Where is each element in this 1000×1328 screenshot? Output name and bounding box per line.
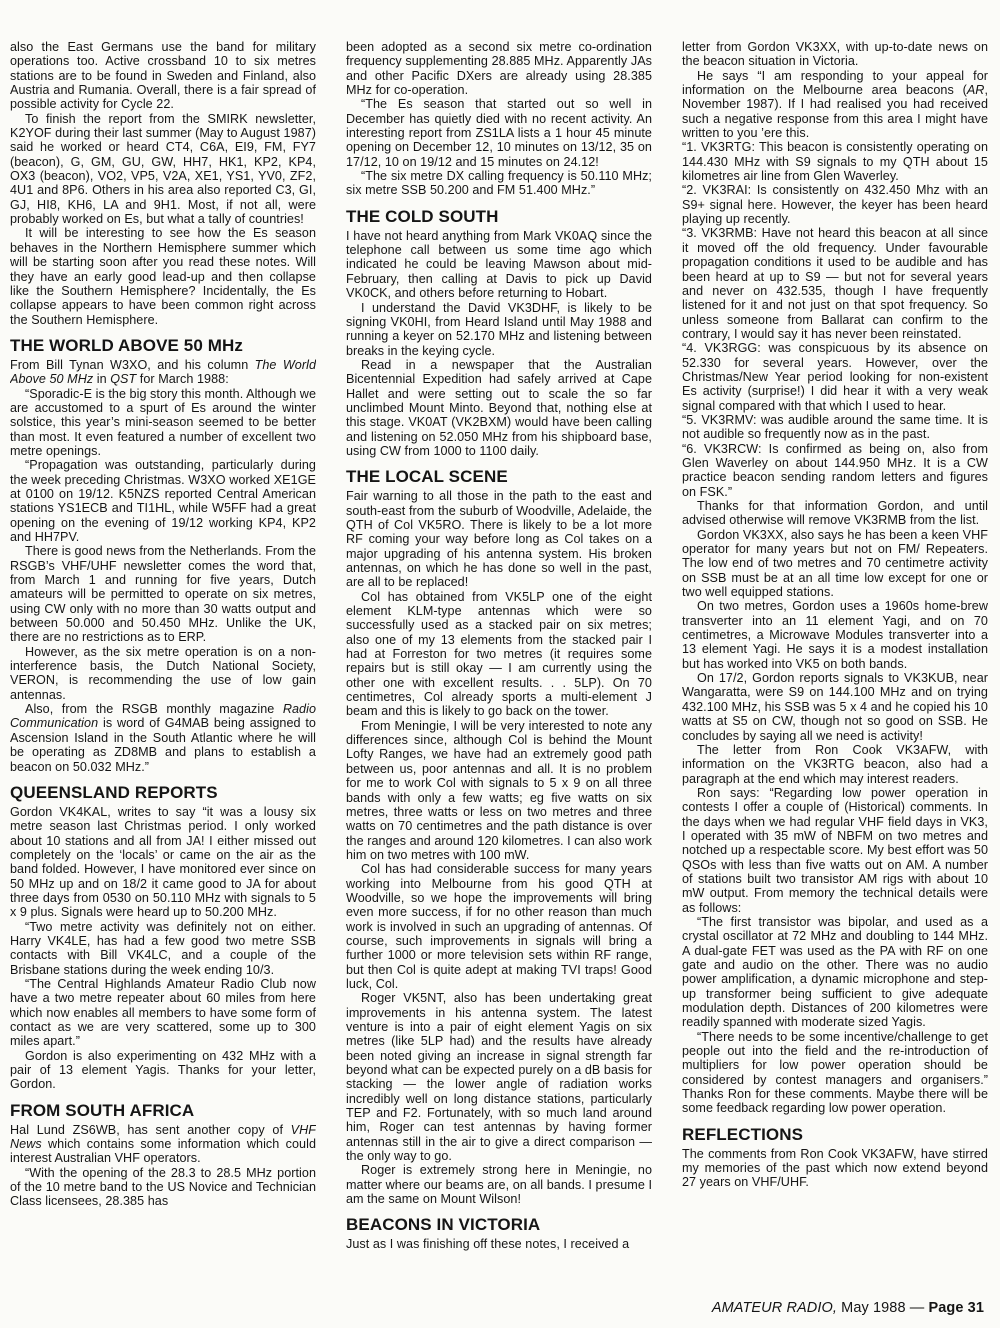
paragraph: However, as the six metre operation is o… [10, 645, 316, 702]
paragraph-text: Thanks for that information Gordon, and … [682, 499, 988, 527]
paragraph-text: “Sporadic-E is the big story this month.… [10, 387, 316, 458]
paragraph: Gordon VK3XX, also says he has been a ke… [682, 528, 988, 600]
paragraph: On two metres, Gordon uses a 1960s home-… [682, 599, 988, 671]
paragraph: “1. VK3RTG: This beacon is consistently … [682, 140, 988, 183]
paragraph-text: From Meningie, I will be very interested… [346, 719, 652, 862]
paragraph: I have not heard anything from Mark VK0A… [346, 229, 652, 301]
column-3: letter from Gordon VK3XX, with up-to-dat… [682, 40, 988, 1328]
paragraph: To finish the report from the SMIRK news… [10, 112, 316, 227]
paragraph-text: Col has had considerable success for man… [346, 862, 652, 991]
heading-text: FROM SOUTH AFRICA [10, 1101, 194, 1120]
paragraph-text: which contains some information which co… [10, 1137, 316, 1165]
paragraph: “Propagation was outstanding, particular… [10, 458, 316, 544]
paragraph: “3. VK3RMB: Have not heard this beacon a… [682, 226, 988, 341]
paragraph-text: On 17/2, Gordon reports signals to VK3KU… [682, 671, 988, 742]
paragraph-text: On two metres, Gordon uses a 1960s home-… [682, 599, 988, 670]
paragraph-text: However, as the six metre operation is o… [10, 645, 316, 702]
paragraph: Col has had considerable success for man… [346, 862, 652, 991]
paragraph-text: Read in a newspaper that the Australian … [346, 358, 652, 458]
paragraph-text: “There needs to be some incentive/challe… [682, 1030, 988, 1116]
section-heading: BEACONS IN VICTORIA [346, 1215, 652, 1234]
paragraph-text: “1. VK3RTG: This beacon is consistently … [682, 140, 988, 183]
section-heading: FROM SOUTH AFRICA [10, 1101, 316, 1120]
paragraph-text: “The six metre DX calling frequency is 5… [346, 169, 652, 197]
paragraph-text: letter from Gordon VK3XX, with up-to-dat… [682, 40, 988, 68]
paragraph-text: Ron says: “Regarding low power operation… [682, 786, 988, 915]
paragraph: Roger VK5NT, also has been undertaking g… [346, 991, 652, 1163]
paragraph: “6. VK3RCW: Is confirmed as being on, al… [682, 442, 988, 499]
paragraph-text: “The first transistor was bipolar, and u… [682, 915, 988, 1029]
paragraph: “There needs to be some incentive/challe… [682, 1030, 988, 1116]
paragraph: Hal Lund ZS6WB, has sent another copy of… [10, 1123, 316, 1166]
footer-page-number: Page 31 [928, 1300, 984, 1316]
paragraph: “The Es season that started out so well … [346, 97, 652, 169]
paragraph-text: Just as I was finishing off these notes,… [346, 1237, 629, 1251]
heading-text: THE COLD SOUTH [346, 207, 499, 226]
paragraph: Roger is extremely strong here in Mening… [346, 1163, 652, 1206]
paragraph-text: “The Central Highlands Amateur Radio Clu… [10, 977, 316, 1048]
paragraph-text: Gordon VK4KAL, writes to say “it was a l… [10, 805, 316, 919]
paragraph: I understand the David VK3DHF, is likely… [346, 301, 652, 358]
section-heading: THE LOCAL SCENE [346, 467, 652, 486]
paragraph-text: “Two metre activity was definitely not o… [10, 920, 316, 977]
section-heading: THE COLD SOUTH [346, 207, 652, 226]
paragraph-text: The comments from Ron Cook VK3AFW, have … [682, 1147, 988, 1190]
paragraph: Ron says: “Regarding low power operation… [682, 786, 988, 915]
paragraph-text: “With the opening of the 28.3 to 28.5 MH… [10, 1166, 316, 1209]
paragraph: There is good news from the Netherlands.… [10, 544, 316, 644]
paragraph: “With the opening of the 28.3 to 28.5 MH… [10, 1166, 316, 1209]
paragraph-text: There is good news from the Netherlands.… [10, 544, 316, 644]
paragraph: been adopted as a second six metre co-or… [346, 40, 652, 97]
paragraph: “Two metre activity was definitely not o… [10, 920, 316, 977]
heading-text: THE LOCAL SCENE [346, 467, 508, 486]
paragraph-text: He says “I am responding to your appeal … [682, 69, 988, 97]
paragraph: On 17/2, Gordon reports signals to VK3KU… [682, 671, 988, 743]
paragraph-text: “2. VK3RAI: Is consistently on 432.450 M… [682, 183, 988, 226]
paragraph-text: It will be interesting to see how the Es… [10, 226, 316, 326]
paragraph-text: in [93, 372, 110, 386]
paragraph-text: been adopted as a second six metre co-or… [346, 40, 652, 97]
paragraph-text: AR [967, 83, 985, 97]
paragraph-text: Fair warning to all those in the path to… [346, 489, 652, 589]
paragraph-text: Gordon VK3XX, also says he has been a ke… [682, 528, 988, 599]
paragraph: He says “I am responding to your appeal … [682, 69, 988, 141]
paragraph-text: Gordon is also experimenting on 432 MHz … [10, 1049, 316, 1092]
paragraph: Gordon VK4KAL, writes to say “it was a l… [10, 805, 316, 920]
paragraph-text: The letter from Ron Cook VK3AFW, with in… [682, 743, 988, 786]
section-heading: THE WORLD ABOVE 50 MHz [10, 336, 316, 355]
paragraph: “The Central Highlands Amateur Radio Clu… [10, 977, 316, 1049]
paragraph-text: Roger VK5NT, also has been undertaking g… [346, 991, 652, 1163]
paragraph: “Sporadic-E is the big story this month.… [10, 387, 316, 459]
paragraph: The comments from Ron Cook VK3AFW, have … [682, 1147, 988, 1190]
paragraph: Read in a newspaper that the Australian … [346, 358, 652, 458]
paragraph: The letter from Ron Cook VK3AFW, with in… [682, 743, 988, 786]
paragraph: “The six metre DX calling frequency is 5… [346, 169, 652, 198]
paragraph-text: “5. VK3RMV: was audible around the same … [682, 413, 988, 441]
heading-text: BEACONS IN VICTORIA [346, 1215, 540, 1234]
column-2: been adopted as a second six metre co-or… [346, 40, 652, 1328]
paragraph: letter from Gordon VK3XX, with up-to-dat… [682, 40, 988, 69]
heading-text: THE WORLD ABOVE 50 MHz [10, 336, 243, 355]
heading-text: QUEENSLAND REPORTS [10, 783, 218, 802]
section-heading: REFLECTIONS [682, 1125, 988, 1144]
paragraph: “2. VK3RAI: Is consistently on 432.450 M… [682, 183, 988, 226]
paragraph: “5. VK3RMV: was audible around the same … [682, 413, 988, 442]
magazine-page: also the East Germans use the band for m… [0, 0, 1000, 1328]
paragraph: “The first transistor was bipolar, and u… [682, 915, 988, 1030]
paragraph-text: From Bill Tynan W3XO, and his column [10, 358, 255, 372]
paragraph-text: “The Es season that started out so well … [346, 97, 652, 168]
page-footer: AMATEUR RADIO, May 1988 — Page 31 [712, 1300, 984, 1316]
paragraph: It will be interesting to see how the Es… [10, 226, 316, 326]
paragraph-text: “Propagation was outstanding, particular… [10, 458, 316, 544]
paragraph-text: To finish the report from the SMIRK news… [10, 112, 316, 226]
heading-text: REFLECTIONS [682, 1125, 803, 1144]
paragraph-text: for March 1988: [136, 372, 229, 386]
magazine-title: AMATEUR RADIO, [712, 1300, 837, 1316]
paragraph: Fair warning to all those in the path to… [346, 489, 652, 589]
paragraph-text: “6. VK3RCW: Is confirmed as being on, al… [682, 442, 988, 499]
paragraph: Thanks for that information Gordon, and … [682, 499, 988, 528]
paragraph: Also, from the RSGB monthly magazine Rad… [10, 702, 316, 774]
paragraph: Gordon is also experimenting on 432 MHz … [10, 1049, 316, 1092]
column-1: also the East Germans use the band for m… [10, 40, 316, 1328]
paragraph-text: I have not heard anything from Mark VK0A… [346, 229, 652, 300]
paragraph-text: “3. VK3RMB: Have not heard this beacon a… [682, 226, 988, 340]
footer-issue-date: May 1988 — [837, 1300, 928, 1316]
section-heading: QUEENSLAND REPORTS [10, 783, 316, 802]
paragraph: From Meningie, I will be very interested… [346, 719, 652, 862]
paragraph-text: also the East Germans use the band for m… [10, 40, 316, 111]
paragraph-text: Roger is extremely strong here in Mening… [346, 1163, 652, 1206]
paragraph-text: QST [110, 372, 136, 386]
paragraph: Col has obtained from VK5LP one of the e… [346, 590, 652, 719]
paragraph-text: Col has obtained from VK5LP one of the e… [346, 590, 652, 719]
paragraph: “4. VK3RGG: was conspicuous by its absen… [682, 341, 988, 413]
paragraph-text: “4. VK3RGG: was conspicuous by its absen… [682, 341, 988, 412]
paragraph: also the East Germans use the band for m… [10, 40, 316, 112]
paragraph-text: I understand the David VK3DHF, is likely… [346, 301, 652, 358]
paragraph-text: Hal Lund ZS6WB, has sent another copy of [10, 1123, 291, 1137]
paragraph: From Bill Tynan W3XO, and his column The… [10, 358, 316, 387]
paragraph-text: Also, from the RSGB monthly magazine [25, 702, 283, 716]
paragraph: Just as I was finishing off these notes,… [346, 1237, 652, 1251]
